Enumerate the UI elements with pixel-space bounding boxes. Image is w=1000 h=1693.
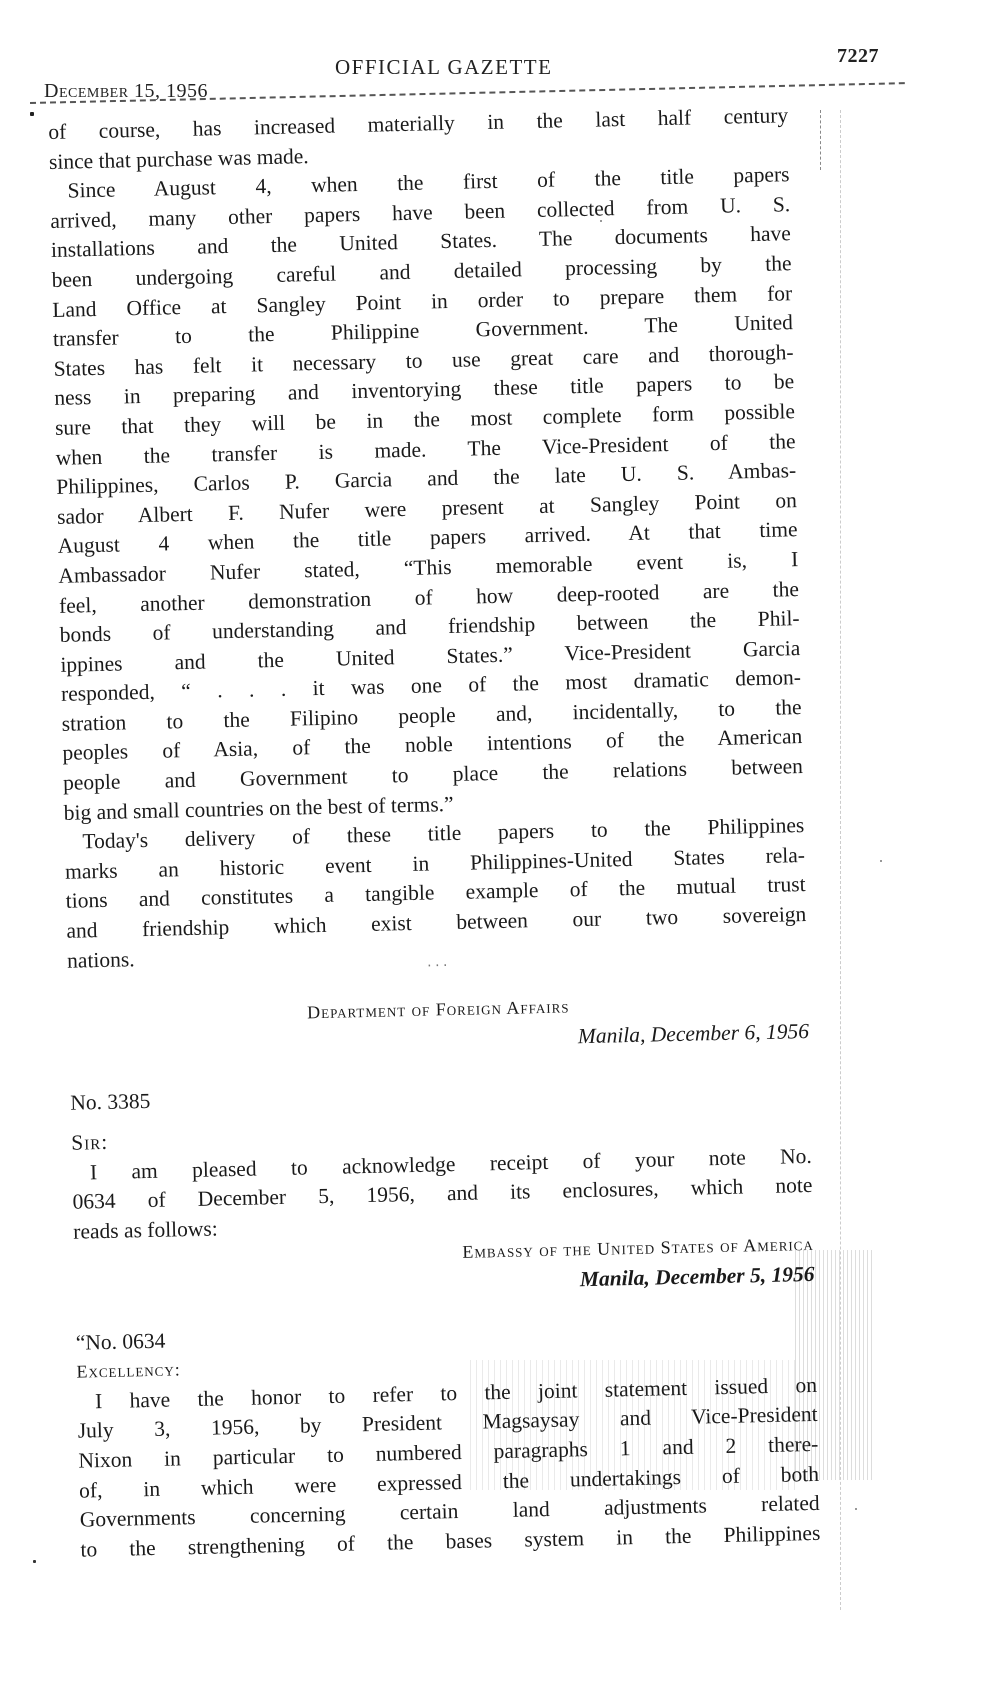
scan-speck xyxy=(880,860,882,862)
paragraph-5: I have the honor to refer to the joint s… xyxy=(77,1370,861,1565)
page-number: 7227 xyxy=(837,45,879,68)
paragraph-2: Since August 4, when the first of the ti… xyxy=(49,159,844,828)
scan-speck xyxy=(33,1560,36,1563)
text-column: of course, has increased materially in t… xyxy=(48,100,861,1565)
scan-speck xyxy=(30,112,34,116)
header-title: OFFICIAL GAZETTE xyxy=(335,55,552,80)
scan-speck xyxy=(600,220,602,222)
document-page: December 15, 1956 OFFICIAL GAZETTE 7227 … xyxy=(0,0,1000,1693)
scan-speck xyxy=(855,1508,857,1510)
